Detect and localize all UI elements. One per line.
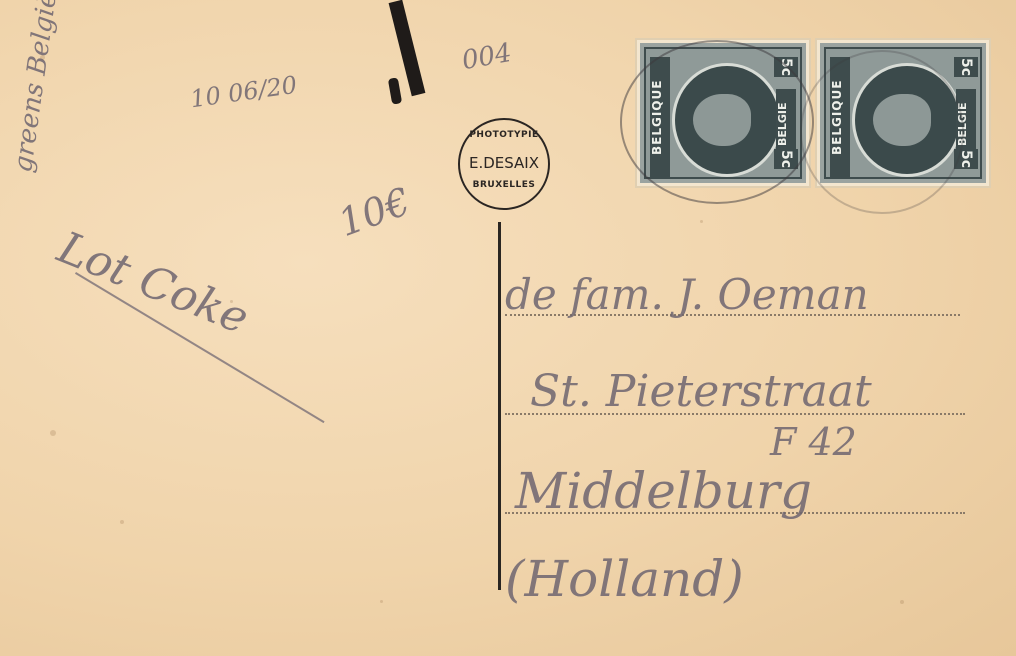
annotation-vertical: greens België: [8, 0, 63, 174]
paper-speck: [120, 520, 124, 524]
publisher-stamp-name: E.DESAIX: [460, 154, 548, 172]
publisher-stamp-city: BRUXELLES: [460, 180, 548, 190]
paper-speck: [50, 430, 56, 436]
publisher-stamp-top: PHOTOTYPIE: [460, 130, 548, 140]
postmark-cancel: [800, 50, 964, 214]
annotation-price: 10€: [333, 179, 416, 245]
address-line-4: Middelburg: [515, 462, 812, 520]
paper-speck: [380, 600, 383, 603]
postcard-back: greens België 10 06/20 004 10€ Lot Coke …: [0, 0, 1016, 656]
paper-speck: [900, 600, 904, 604]
postmark-cancel: [620, 40, 814, 204]
address-line-1: de fam. J. Oeman: [505, 270, 869, 319]
address-line-3: F 42: [770, 420, 857, 464]
postcard-divider: [498, 222, 501, 590]
publisher-stamp: PHOTOTYPIE E.DESAIX BRUXELLES: [458, 118, 550, 210]
annotation-subject: Lot Coke: [51, 222, 256, 344]
annotation-code: 004: [460, 38, 514, 76]
annotation-date: 10 06/20: [189, 71, 299, 114]
address-line-2: St. Pieterstraat: [530, 366, 872, 417]
address-line-5: (Holland): [505, 550, 744, 608]
paper-speck: [700, 220, 703, 223]
stamp-value: 5c: [954, 57, 978, 77]
ink-mark: [388, 77, 402, 104]
